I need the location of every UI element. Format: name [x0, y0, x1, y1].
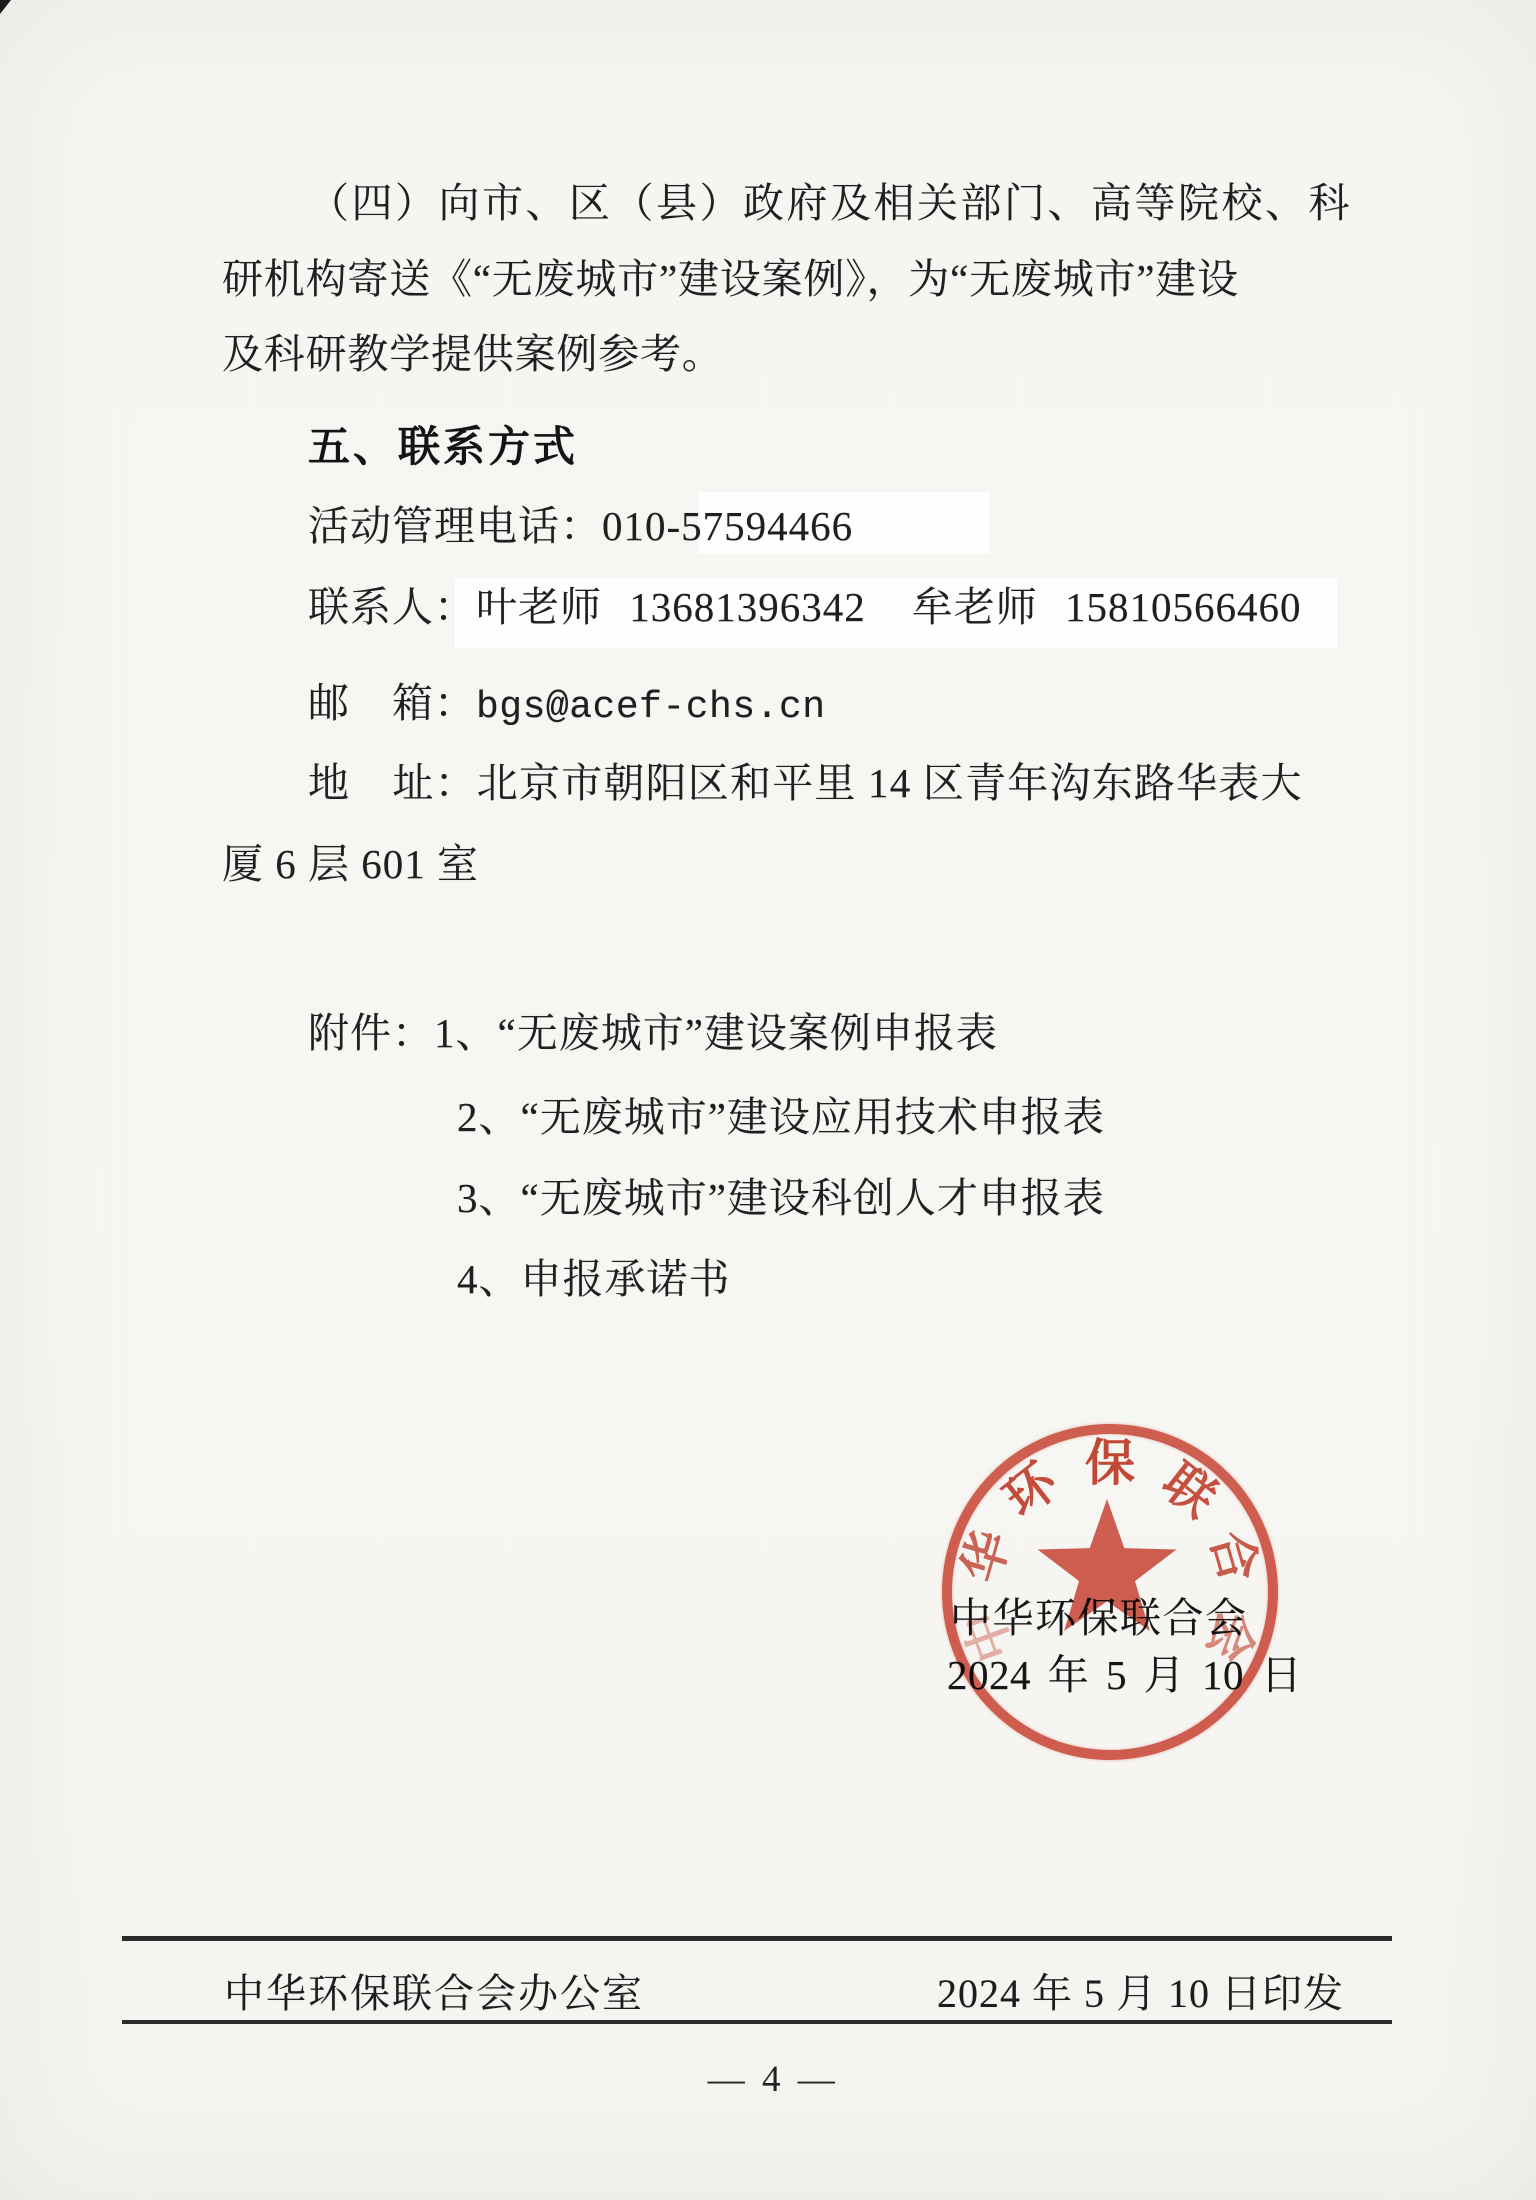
- seal-arc-char: 保: [1085, 1423, 1135, 1495]
- attachment-item-1: 1、“无废城市”建设案例申报表: [434, 1010, 998, 1056]
- signature-org-name: 中华环保联合会: [950, 1585, 1248, 1644]
- attachment-item-4: 4、申报承诺书: [222, 1256, 1536, 1302]
- phone-value: 010-57594466: [602, 503, 853, 549]
- paragraph-four-line3: 及科研教学提供案例参考。: [222, 331, 1402, 377]
- address-line2: 厦 6 层 601 室: [222, 841, 1402, 887]
- email-value: bgs@acef-chs.cn: [476, 686, 826, 729]
- paragraph-four-line1: （四）向市、区（县）政府及相关部门、高等院校、科: [222, 180, 1488, 226]
- footer-rule-top: [122, 1936, 1392, 1941]
- address-line1: 地 址：北京市朝阳区和平里 14 区青年沟东路华表大: [222, 760, 1488, 806]
- phone-label: 活动管理电话：: [308, 503, 602, 549]
- scan-corner-artifact: [0, 0, 11, 14]
- contact-person-2: 牟老师 15810566460: [912, 584, 1302, 630]
- contact-person-1: 叶老师 13681396342: [476, 584, 866, 630]
- email-line: 邮 箱：bgs@acef-chs.cn: [222, 680, 1488, 731]
- footer-rule-bottom: [122, 2020, 1392, 2024]
- attachments-label: 附件：: [308, 1010, 434, 1056]
- attachment-item-3: 3、“无废城市”建设科创人才申报表: [222, 1175, 1536, 1221]
- email-label: 邮 箱：: [308, 680, 476, 726]
- footer-office-name: 中华环保联合会办公室: [224, 1962, 644, 2019]
- paragraph-four-line2: 研机构寄送《“无废城市”建设案例》，为“无废城市”建设: [222, 256, 1402, 302]
- attachment-item-2: 2、“无废城市”建设应用技术申报表: [222, 1094, 1536, 1140]
- signature-date: 2024 年 5 月 10 日: [947, 1642, 1302, 1701]
- contact-label: 联系人：: [308, 584, 476, 630]
- phone-line: 活动管理电话：010-57594466: [222, 503, 1488, 549]
- page-number: — 4 —: [708, 2058, 839, 2101]
- footer-issue-date: 2024 年 5 月 10 日印发: [937, 1962, 1344, 2019]
- contacts-line: 联系人：叶老师 13681396342牟老师 15810566460: [222, 584, 1488, 630]
- section-five-heading: 五、联系方式: [222, 424, 1488, 470]
- scanned-document-page: （四）向市、区（县）政府及相关部门、高等院校、科 研机构寄送《“无废城市”建设案…: [0, 0, 1536, 2200]
- attachments-line1: 附件：1、“无废城市”建设案例申报表: [222, 1010, 1488, 1056]
